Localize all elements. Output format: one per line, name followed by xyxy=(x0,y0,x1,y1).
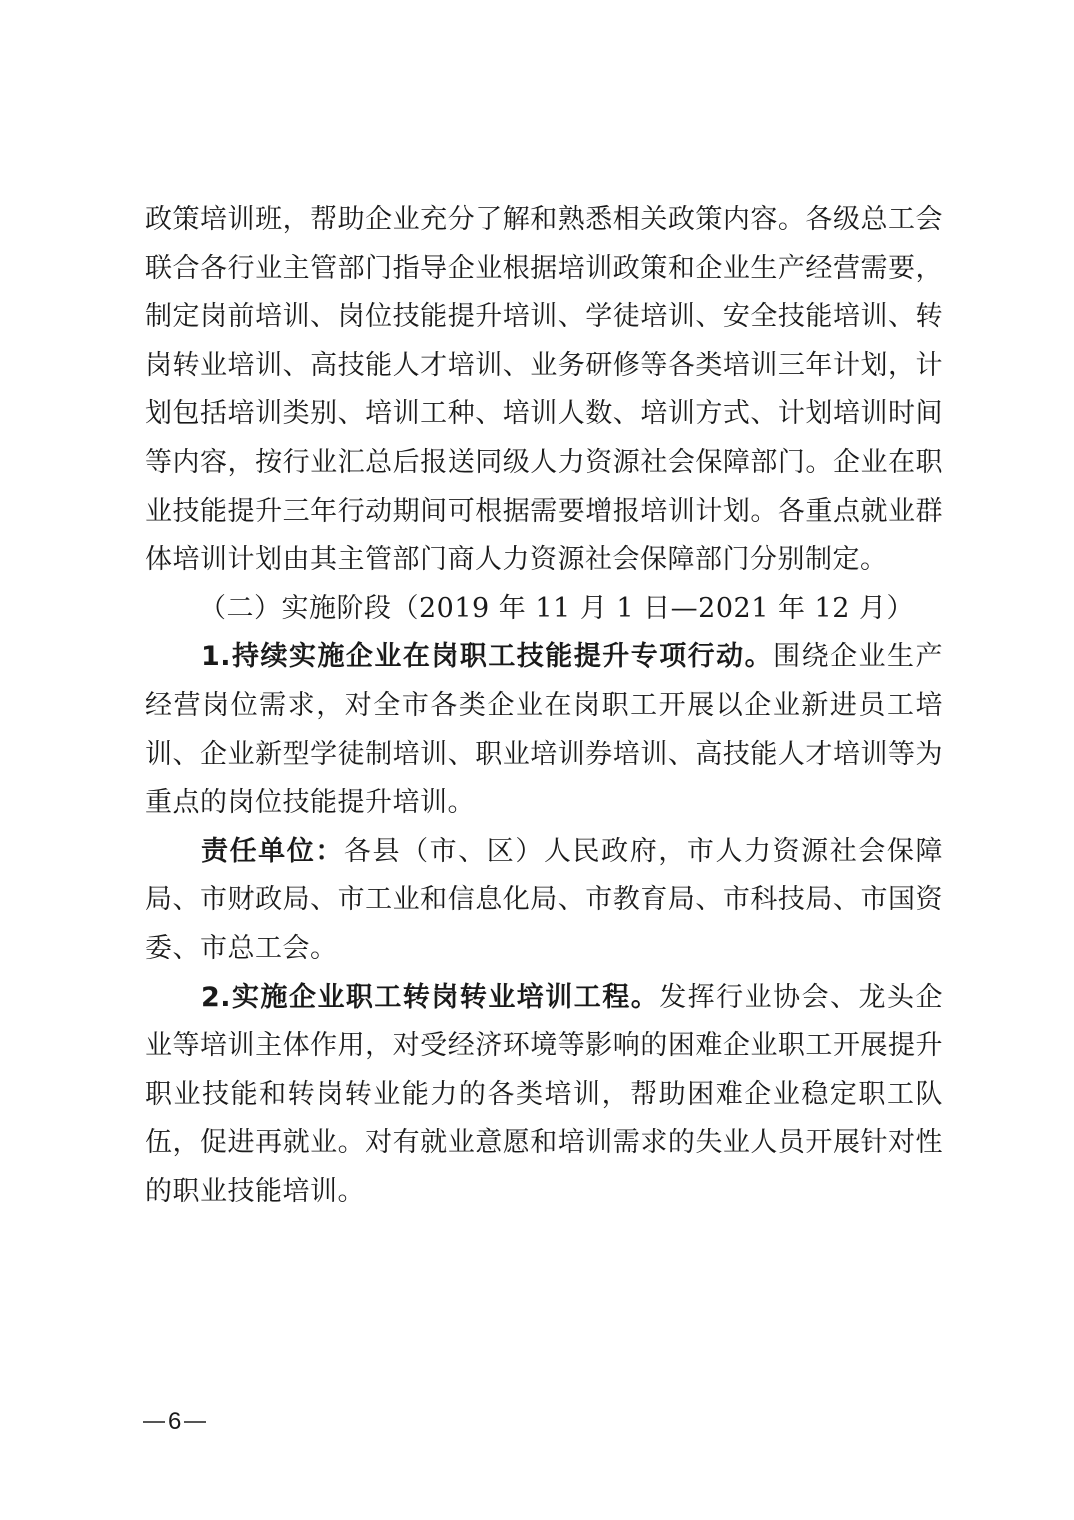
responsible-units-paragraph: 责任单位：各县（市、区）人民政府，市人力资源社会保障局、市财政局、市工业和信息化… xyxy=(145,828,943,974)
responsible-units-label: 责任单位： xyxy=(201,836,344,867)
item-2-body: 发挥行业协会、龙头企业等培训主体作用，对受经济环境等影响的困难企业职工开展提升职… xyxy=(145,982,943,1207)
item-2-paragraph: 2.实施企业职工转岗转业培训工程。发挥行业协会、龙头企业等培训主体作用，对受经济… xyxy=(145,974,943,1217)
page-number-value: 6 xyxy=(168,1408,181,1436)
document-page: 政策培训班，帮助企业充分了解和熟悉相关政策内容。各级总工会联合各行业主管部门指导… xyxy=(145,196,943,1216)
section-heading-implementation-stage: （二）实施阶段（2019 年 11 月 1 日—2021 年 12 月） xyxy=(145,585,943,634)
item-1-title: 1.持续实施企业在岗职工技能提升专项行动。 xyxy=(201,641,773,672)
item-1-paragraph: 1.持续实施企业在岗职工技能提升专项行动。围绕企业生产经营岗位需求，对全市各类企… xyxy=(145,633,943,827)
page-number-right-dash xyxy=(184,1421,206,1423)
page-number-left-dash xyxy=(143,1421,165,1423)
item-2-title: 2.实施企业职工转岗转业培训工程。 xyxy=(201,982,659,1013)
page-number: 6 xyxy=(143,1408,206,1436)
paragraph-training-plan: 政策培训班，帮助企业充分了解和熟悉相关政策内容。各级总工会联合各行业主管部门指导… xyxy=(145,196,943,585)
